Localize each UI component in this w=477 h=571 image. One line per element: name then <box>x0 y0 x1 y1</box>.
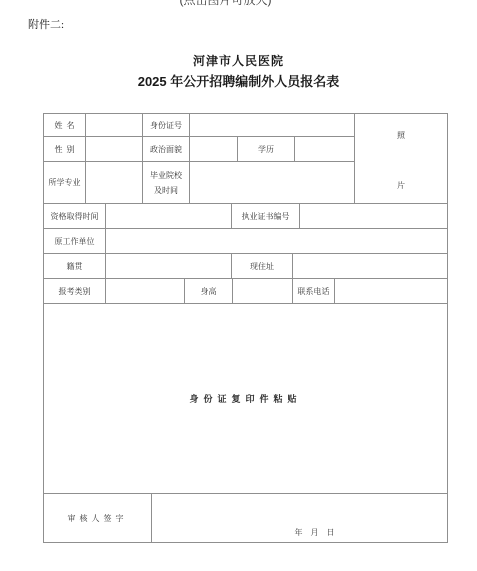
school-label-cell: 毕业院校 及时间 <box>143 162 190 203</box>
school-input-cell <box>190 162 354 203</box>
article-page: { "colors":{ "background":"#ffffff", "bo… <box>0 0 477 571</box>
row-name-id: 姓 名 身份证号 <box>44 114 354 137</box>
major-input-cell <box>86 162 143 203</box>
image-caption-clipped: (点击图片可放大) <box>0 0 464 8</box>
id-number-input-cell <box>190 114 354 136</box>
form-title-line1: 河津市人民医院 <box>0 52 477 69</box>
date-placeholder: 年 月 日 <box>295 527 335 538</box>
photo-label-top: 照 <box>397 130 405 141</box>
application-category-label-cell: 报考类别 <box>44 279 106 303</box>
major-label-cell: 所学专业 <box>44 162 86 203</box>
reviewer-signature-input-cell: 年 月 日 <box>152 494 447 542</box>
license-number-label-cell: 执业证书编号 <box>232 204 300 228</box>
attachment-label: 附件二: <box>28 16 64 32</box>
phone-label-cell: 联系电话 <box>293 279 335 303</box>
current-address-label-cell: 现住址 <box>232 254 293 278</box>
name-input-cell <box>86 114 143 136</box>
id-copy-paste-cell: 身份证复印件粘贴 <box>44 304 447 494</box>
reviewer-signature-label-cell: 审核人签字 <box>44 494 152 542</box>
current-address-input-cell <box>293 254 447 278</box>
political-status-label-cell: 政治面貌 <box>143 137 190 161</box>
political-status-input-cell <box>190 137 238 161</box>
license-number-input-cell <box>300 204 447 228</box>
row-category-height-phone: 报考类别 身高 联系电话 <box>44 279 447 304</box>
height-label-cell: 身高 <box>185 279 233 303</box>
form-top-section: 姓 名 身份证号 性 别 政治面貌 学历 所学专业 毕业院校 及时间 <box>44 114 447 204</box>
qualification-date-input-cell <box>106 204 232 228</box>
education-label-cell: 学历 <box>238 137 295 161</box>
row-gender-political-education: 性 别 政治面貌 学历 <box>44 137 354 162</box>
gender-input-cell <box>86 137 143 161</box>
form-title-line2: 2025 年公开招聘编制外人员报名表 <box>0 71 477 90</box>
photo-label-bottom: 片 <box>397 180 405 191</box>
previous-employer-label-cell: 原工作单位 <box>44 229 106 253</box>
row-previous-employer: 原工作单位 <box>44 229 447 254</box>
name-label-cell: 姓 名 <box>44 114 86 136</box>
id-copy-paste-label: 身份证复印件粘贴 <box>44 392 447 405</box>
row-reviewer-signature: 审核人签字 年 月 日 <box>44 494 447 542</box>
phone-input-cell <box>335 279 447 303</box>
height-input-cell <box>233 279 293 303</box>
native-place-label-cell: 籍贯 <box>44 254 106 278</box>
application-category-input-cell <box>106 279 185 303</box>
school-label-line2: 及时间 <box>154 183 178 198</box>
qualification-date-label-cell: 资格取得时间 <box>44 204 106 228</box>
row-qualification-license: 资格取得时间 执业证书编号 <box>44 204 447 229</box>
native-place-input-cell <box>106 254 232 278</box>
id-number-label-cell: 身份证号 <box>143 114 190 136</box>
application-form-image[interactable]: 姓 名 身份证号 性 别 政治面貌 学历 所学专业 毕业院校 及时间 <box>43 113 448 543</box>
gender-label-cell: 性 别 <box>44 137 86 161</box>
row-major-school: 所学专业 毕业院校 及时间 <box>44 162 354 203</box>
school-label-line1: 毕业院校 <box>150 168 182 183</box>
education-input-cell <box>295 137 354 161</box>
photo-paste-cell: 照 片 <box>355 114 447 203</box>
previous-employer-input-cell <box>106 229 447 253</box>
row-native-place-address: 籍贯 现住址 <box>44 254 447 279</box>
form-top-left: 姓 名 身份证号 性 别 政治面貌 学历 所学专业 毕业院校 及时间 <box>44 114 355 203</box>
